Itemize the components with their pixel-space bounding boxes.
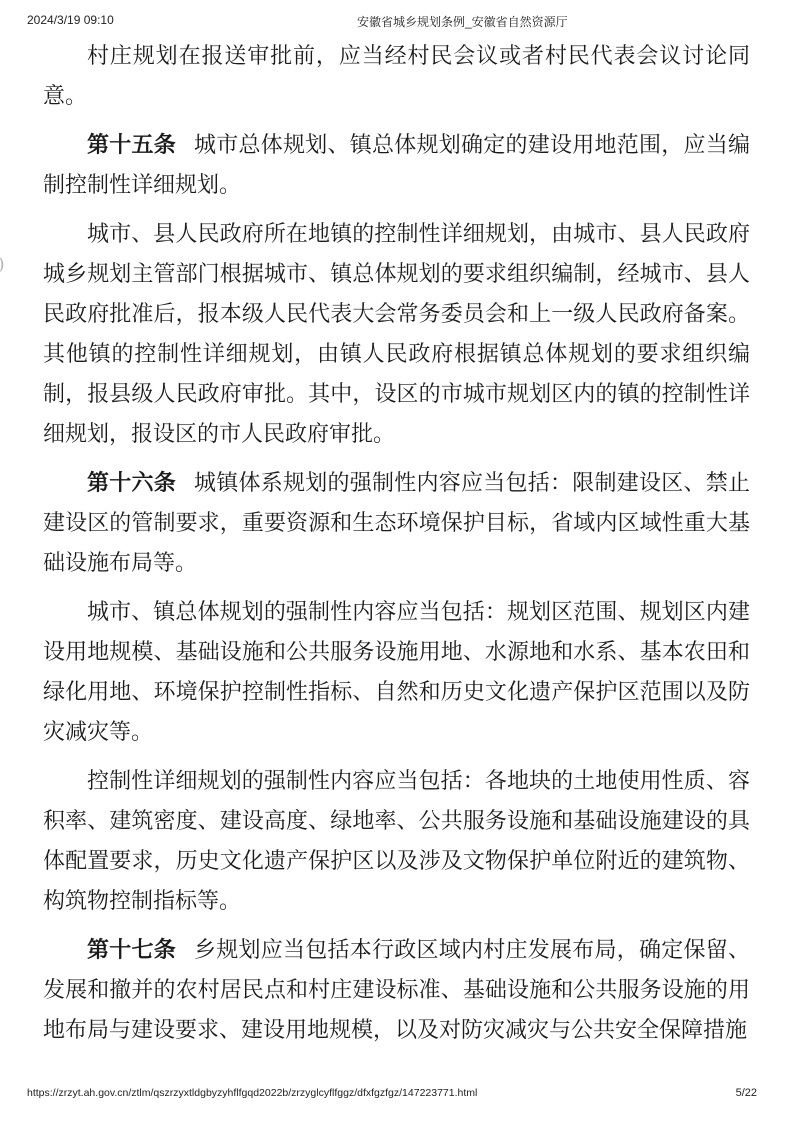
print-header-datetime: 2024/3/19 09:10 bbox=[27, 13, 114, 27]
paragraph-text: 城市、县人民政府所在地镇的控制性详细规划，由城市、县人民政府城乡规划主管部门根据… bbox=[43, 221, 750, 446]
article-number: 第十七条 bbox=[87, 937, 176, 962]
paragraph-detailed-plan-mandatory-content: 控制性详细规划的强制性内容应当包括：各地块的土地使用性质、容积率、建筑密度、建设… bbox=[43, 761, 750, 921]
paragraph-text: 村庄规划在报送审批前，应当经村民会议或者村民代表会议讨论同意。 bbox=[43, 43, 750, 108]
paragraph-text: 城市、镇总体规划的强制性内容应当包括：规划区范围、规划区内建设用地规模、基础设施… bbox=[43, 599, 750, 744]
printed-page: 2024/3/19 09:10 安徽省城乡规划条例_安徽省自然资源厅 ) 村庄规… bbox=[0, 0, 793, 1122]
paragraph-master-plan-mandatory-content: 城市、镇总体规划的强制性内容应当包括：规划区范围、规划区内建设用地规模、基础设施… bbox=[43, 592, 750, 752]
paragraph-text: 控制性详细规划的强制性内容应当包括：各地块的土地使用性质、容积率、建筑密度、建设… bbox=[43, 768, 750, 913]
paragraph-article-15: 第十五条城市总体规划、镇总体规划确定的建设用地范围，应当编制控制性详细规划。 bbox=[43, 125, 750, 205]
print-footer-page-number: 5/22 bbox=[736, 1087, 757, 1099]
article-number: 第十五条 bbox=[87, 132, 176, 157]
document-body: 村庄规划在报送审批前，应当经村民会议或者村民代表会议讨论同意。 第十五条城市总体… bbox=[43, 36, 750, 1059]
paragraph-detailed-plan-procedure: 城市、县人民政府所在地镇的控制性详细规划，由城市、县人民政府城乡规划主管部门根据… bbox=[43, 214, 750, 454]
scan-edge-artifact: ) bbox=[0, 253, 4, 274]
paragraph-village-plan-approval: 村庄规划在报送审批前，应当经村民会议或者村民代表会议讨论同意。 bbox=[43, 36, 750, 116]
article-number: 第十六条 bbox=[87, 470, 176, 495]
print-header-title: 安徽省城乡规划条例_安徽省自然资源厅 bbox=[357, 13, 568, 30]
print-footer: https://zrzyt.ah.gov.cn/ztlm/qszrzyxtldg… bbox=[27, 1087, 757, 1099]
paragraph-article-17: 第十七条乡规划应当包括本行政区域内村庄发展布局，确定保留、发展和撤并的农村居民点… bbox=[43, 930, 750, 1050]
print-footer-url: https://zrzyt.ah.gov.cn/ztlm/qszrzyxtldg… bbox=[27, 1087, 477, 1099]
paragraph-article-16: 第十六条城镇体系规划的强制性内容应当包括：限制建设区、禁止建设区的管制要求，重要… bbox=[43, 463, 750, 583]
